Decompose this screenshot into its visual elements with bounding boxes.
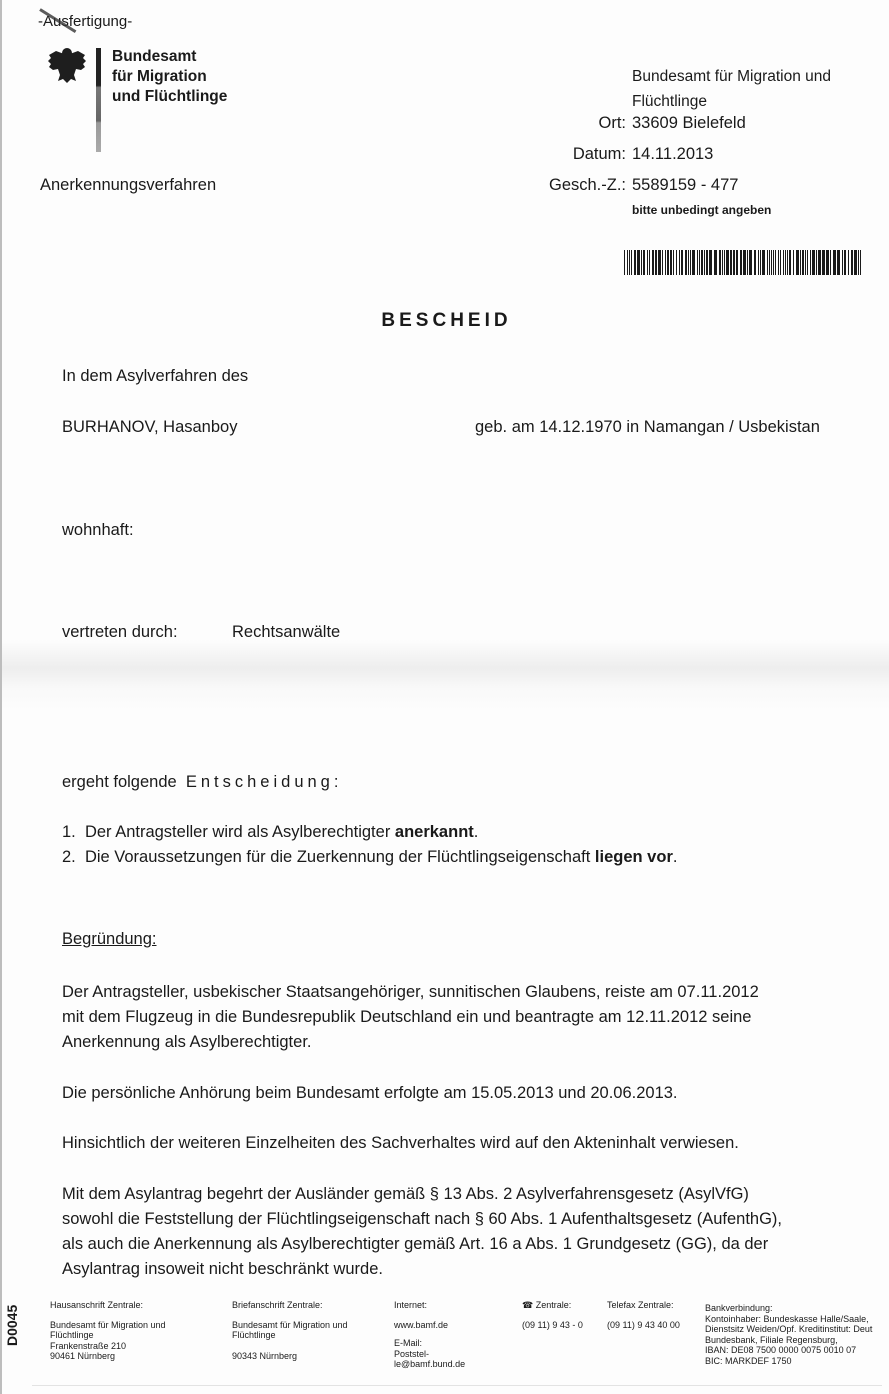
text-line: mit dem Flugzeug in die Bundesrepublik D…: [62, 1005, 872, 1030]
footer-postal-address: Briefanschrift Zentrale: Bundesamt für M…: [232, 1300, 348, 1362]
footer-internet: Internet: www.bamf.de E-Mail: Poststel- …: [394, 1300, 465, 1370]
footer-line: Dienstsitz Weiden/Opf. Kreditinstitut: D…: [705, 1324, 872, 1335]
footer-fax: Telefax Zentrale: (09 11) 9 43 40 00: [607, 1300, 680, 1330]
footer-line: Bundesbank, Filiale Regensburg,: [705, 1335, 872, 1346]
text-line: Hinsichtlich der weiteren Einzelheiten d…: [62, 1131, 872, 1156]
footer-line: BIC: MARKDEF 1750: [705, 1356, 872, 1367]
footer-line: Flüchtlinge: [50, 1330, 166, 1341]
authority-line: Flüchtlinge: [632, 89, 882, 114]
text-line: Asylantrag insoweit nicht beschränkt wur…: [62, 1257, 872, 1282]
footer-divider: [32, 1385, 882, 1386]
footer-line: Frankenstraße 210: [50, 1341, 166, 1352]
item-end: .: [474, 823, 479, 841]
reasoning-paragraph: Der Antragsteller, usbekischer Staatsang…: [62, 980, 872, 1055]
item-number: 2.: [62, 848, 76, 866]
text-line: Der Antragsteller, usbekischer Staatsang…: [62, 980, 872, 1005]
email-label: E-Mail:: [394, 1338, 465, 1349]
decision-intro: ergeht folgende Entscheidung:: [62, 773, 342, 792]
text-line: Die persönliche Anhörung beim Bundesamt …: [62, 1081, 872, 1106]
email-link[interactable]: le@bamf.bund.de: [394, 1359, 465, 1370]
logo-line: für Migration: [112, 67, 227, 87]
footer-heading: Bankverbindung:: [705, 1303, 872, 1314]
phone-number: (09 11) 9 43 - 0: [522, 1320, 583, 1331]
item-emphasis: liegen vor: [595, 848, 673, 866]
decision-item: 2. Die Voraussetzungen für die Zuerkennu…: [62, 848, 677, 867]
logo-line: Bundesamt: [112, 47, 227, 67]
applicant-name: BURHANOV, Hasanboy: [62, 418, 237, 437]
item-emphasis: anerkannt: [395, 823, 474, 841]
footer-spacer: [394, 1330, 465, 1338]
text-line: als auch die Anerkennung als Asylberecht…: [62, 1232, 872, 1257]
decision-intro-word: Entscheidung:: [186, 773, 343, 791]
ort-label: Ort:: [599, 114, 627, 133]
footer-line: Bundesamt für Migration und: [232, 1320, 348, 1331]
federal-eagle-icon: [46, 45, 88, 87]
text-line: sowohl die Feststellung der Flüchtlingse…: [62, 1207, 872, 1232]
phone-icon: ☎: [522, 1300, 533, 1310]
website-link[interactable]: www.bamf.de: [394, 1320, 465, 1331]
procedure-intro: In dem Asylverfahren des: [62, 367, 248, 386]
footer-heading: ☎ Zentrale:: [522, 1300, 583, 1311]
footer-line: 90343 Nürnberg: [232, 1351, 348, 1362]
footer-heading: Telefax Zentrale:: [607, 1300, 680, 1311]
footer-bank: Bankverbindung: Kontoinhaber: Bundeskass…: [705, 1303, 872, 1366]
decision-item: 1. Der Antragsteller wird als Asylberech…: [62, 823, 478, 842]
email-link[interactable]: Poststel-: [394, 1349, 465, 1360]
fax-number: (09 11) 9 43 40 00: [607, 1320, 680, 1331]
reference-value: 5589159 - 477: [632, 176, 738, 195]
logo-color-bar: [96, 48, 101, 152]
datum-value: 14.11.2013: [632, 145, 713, 164]
reference-label: Gesch.-Z.:: [549, 176, 626, 195]
reasoning-paragraph: Mit dem Asylantrag begehrt der Ausländer…: [62, 1182, 872, 1282]
footer-line: Flüchtlinge: [232, 1330, 348, 1341]
footer-line: IBAN: DE08 7500 0000 0075 0010 07: [705, 1345, 872, 1356]
footer-spacer: [232, 1341, 348, 1352]
reasoning-heading: Begründung:: [62, 930, 157, 949]
footer-heading: Internet:: [394, 1300, 465, 1311]
authority-address: Bundesamt für Migration und Flüchtlinge: [632, 64, 882, 114]
authority-line: Bundesamt für Migration und: [632, 64, 882, 89]
item-end: .: [673, 848, 678, 866]
text-line: Mit dem Asylantrag begehrt der Ausländer…: [62, 1182, 872, 1207]
reference-hint: bitte unbedingt angeben: [632, 203, 771, 217]
redaction-smudge: [2, 640, 889, 710]
logo-line: und Flüchtlinge: [112, 87, 227, 107]
footer-heading: Hausanschrift Zentrale:: [50, 1300, 166, 1311]
document-id: D0045: [4, 1305, 20, 1346]
barcode: [624, 250, 861, 275]
reasoning-paragraph: Hinsichtlich der weiteren Einzelheiten d…: [62, 1131, 872, 1156]
footer-heading: Briefanschrift Zentrale:: [232, 1300, 348, 1311]
residence-label: wohnhaft:: [62, 521, 134, 540]
phone-heading: Zentrale:: [536, 1300, 572, 1310]
item-text: Der Antragsteller wird als Asylberechtig…: [85, 823, 395, 841]
text-line: Anerkennung als Asylberechtigter.: [62, 1030, 872, 1055]
document-title: BESCHEID: [2, 310, 889, 332]
decision-intro-prefix: ergeht folgende: [62, 773, 177, 791]
footer-line: Bundesamt für Migration und: [50, 1320, 166, 1331]
procedure-type: Anerkennungsverfahren: [40, 176, 216, 195]
item-number: 1.: [62, 823, 76, 841]
footer-line: Kontoinhaber: Bundeskasse Halle/Saale,: [705, 1314, 872, 1325]
agency-logo-text: Bundesamt für Migration und Flüchtlinge: [112, 47, 227, 107]
reasoning-paragraph: Die persönliche Anhörung beim Bundesamt …: [62, 1081, 872, 1106]
item-text: Die Voraussetzungen für die Zuerkennung …: [85, 848, 595, 866]
footer-phone: ☎ Zentrale: (09 11) 9 43 - 0: [522, 1300, 583, 1330]
footer-line: 90461 Nürnberg: [50, 1351, 166, 1362]
datum-label: Datum:: [573, 145, 626, 164]
footer-street-address: Hausanschrift Zentrale: Bundesamt für Mi…: [50, 1300, 166, 1362]
applicant-birth: geb. am 14.12.1970 in Namangan / Usbekis…: [475, 418, 820, 437]
ort-value: 33609 Bielefeld: [632, 114, 746, 133]
